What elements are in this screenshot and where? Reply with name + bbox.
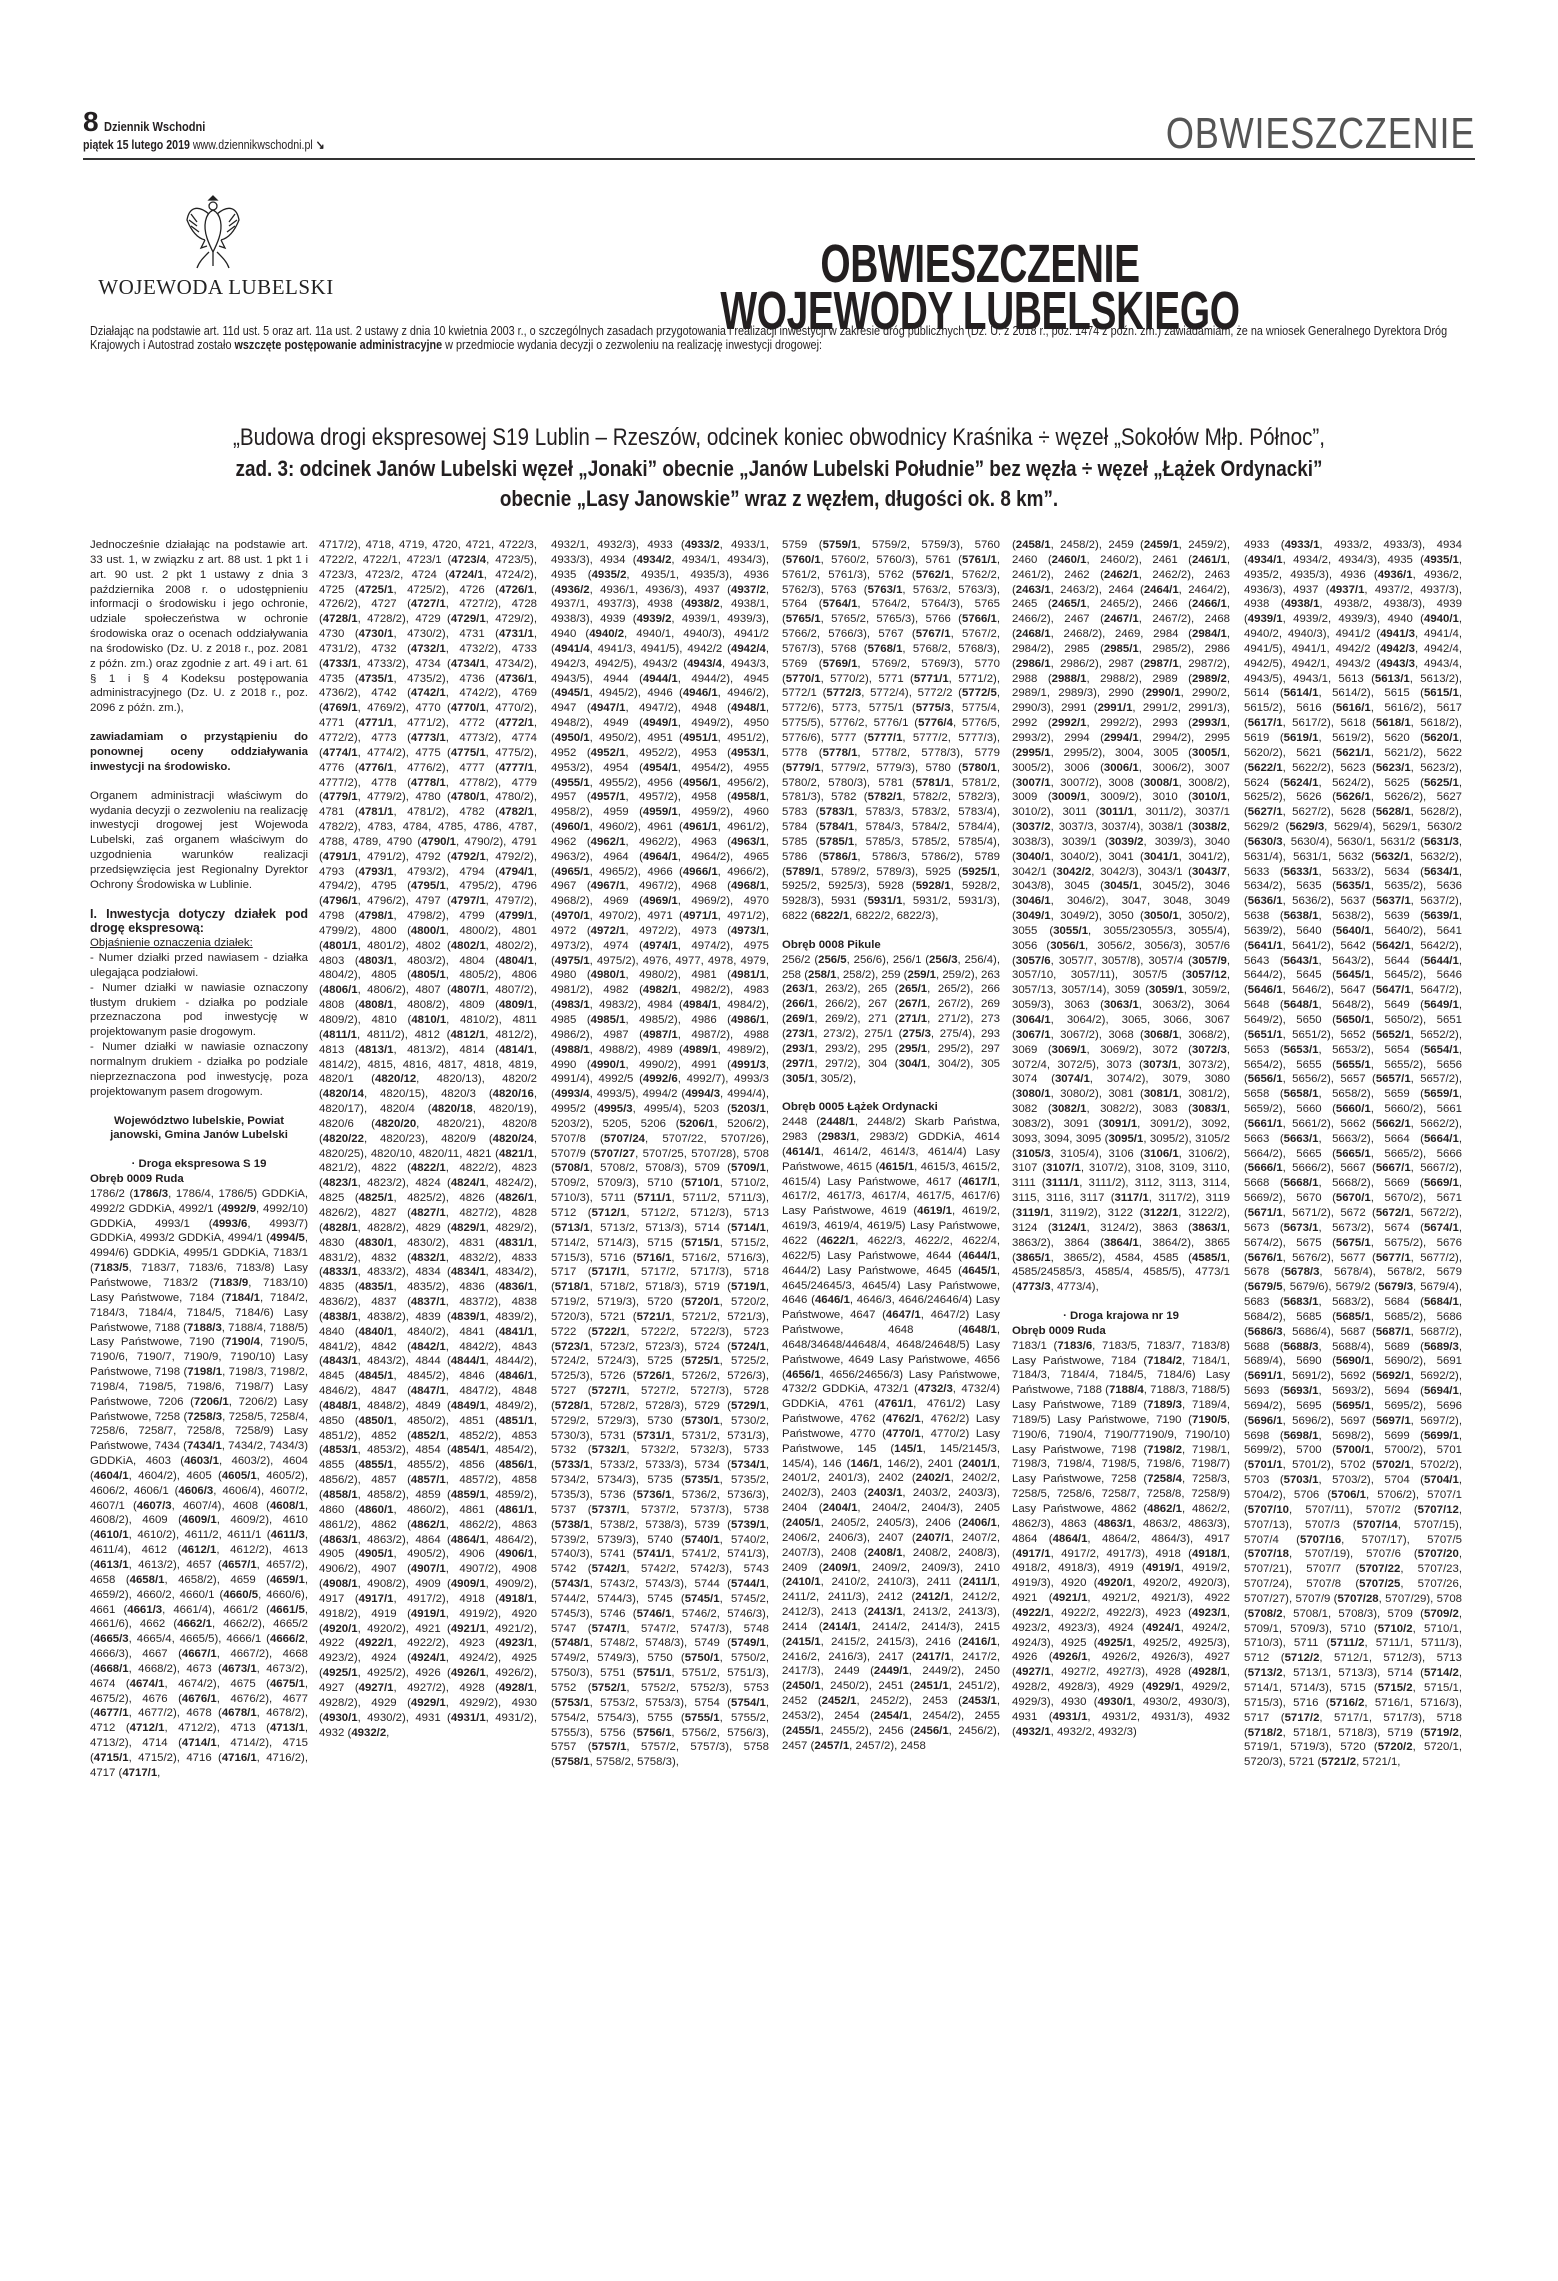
road-heading-dk19: · Droga krajowa nr 19 [1012,1309,1230,1324]
intro-bold: wszczęte postępowanie administracyjne [234,338,442,352]
authority-label: WOJEWODA LUBELSKI [96,275,336,300]
header-rule [83,158,1475,160]
parcel-list: 4932/1, 4932/3), 4933 (4933/2, 4933/1, 4… [551,538,769,1770]
obreb-heading-pikule: Obręb 0008 Pikule [782,938,1000,953]
paragraph-announcement: zawiadamiam o przystąpieniu do ponownej … [90,730,308,775]
issue-date: piątek 15 lutego 2019 [83,138,190,152]
paper-name: Dziennik Wschodni [104,119,205,134]
parcel-list: 4717/2), 4718, 4719, 4720, 4721, 4722/3,… [319,538,537,1740]
parcel-list: 2448 (2448/1, 2448/2) Skarb Państwa, 298… [782,1115,1000,1753]
column-2: 4717/2), 4718, 4719, 4720, 4721, 4722/3,… [319,538,537,2188]
project-title-line-1: „Budowa drogi ekspresowej S19 Lublin – R… [109,424,1449,452]
obreb-heading: Obręb 0009 Ruda [90,1172,308,1187]
parcel-list: 7183/1 (7183/6, 7183/5, 7183/7, 7183/8) … [1012,1339,1230,1740]
project-title-line-3: obecnie „Lasy Janowskie” wraz z węzłem, … [109,486,1449,512]
legend-item-1: - Numer działki przed nawiasem - działka… [90,951,308,981]
cursor-icon: ↘ [316,138,325,152]
region-heading: Województwo lubelskie, Powiat janowski, … [90,1114,308,1144]
legend-title: Objaśnienie oznaczenia działek: [90,936,308,951]
obreb-heading-ruda: Obręb 0009 Ruda [1012,1324,1230,1339]
column-5: (2458/1, 2458/2), 2459 (2459/1, 2459/2),… [1012,538,1230,2188]
intro-text-end: w przedmiocie wydania decyzji o zezwolen… [442,338,822,352]
paragraph-authority: Organem administracji właściwym do wydan… [90,789,308,893]
parcel-list: 5759 (5759/1, 5759/2, 5759/3), 5760 (576… [782,538,1000,924]
column-6: 4933 (4933/1, 4933/2, 4933/3), 4934 (493… [1244,538,1462,2188]
parcel-list: (2458/1, 2458/2), 2459 (2459/1, 2459/2),… [1012,538,1230,1295]
column-4: 5759 (5759/1, 5759/2, 5759/3), 5760 (576… [782,538,1000,2188]
section-heading: I. Inwestycja dotyczy działek pod drogę … [90,907,308,937]
legend-item-2: - Numer działki w nawiasie oznaczony tłu… [90,981,308,1040]
legend-item-3: - Numer działki w nawiasie oznaczony nor… [90,1040,308,1099]
polish-eagle-emblem-icon [183,190,243,270]
parcel-list: 256/2 (256/5, 256/6), 256/1 (256/3, 256/… [782,953,1000,1087]
parcel-list: 4933 (4933/1, 4933/2, 4933/3), 4934 (493… [1244,538,1462,1770]
obreb-heading-lazek: Obręb 0005 Łążek Ordynacki [782,1100,1000,1115]
paper-url[interactable]: www.dziennikwschodni.pl [193,138,313,152]
column-3: 4932/1, 4932/3), 4933 (4933/2, 4933/1, 4… [551,538,769,2188]
column-1: Jednocześnie działając na podstawie art.… [90,538,308,2188]
road-heading: · Droga ekspresowa S 19 [90,1157,308,1172]
paragraph-legal-basis: Jednocześnie działając na podstawie art.… [90,538,308,716]
section-title: OBWIESZCZENIE [1166,112,1475,156]
intro-paragraph: Działając na podstawie art. 11d ust. 5 o… [90,324,1475,352]
masthead-left: 8 Dziennik Wschodni piątek 15 lutego 201… [83,110,367,154]
page-title: OBWIESZCZENIE WOJEWODY LUBELSKIEGO [706,241,1253,335]
page-number: 8 [83,106,98,137]
parcel-list: 1786/2 (1786/3, 1786/4, 1786/5) GDDKiA, … [90,1187,308,1781]
notice-body: Jednocześnie działając na podstawie art.… [90,538,1480,2188]
project-title-line-2: zad. 3: odcinek Janów Lubelski węzeł „Jo… [109,456,1449,482]
